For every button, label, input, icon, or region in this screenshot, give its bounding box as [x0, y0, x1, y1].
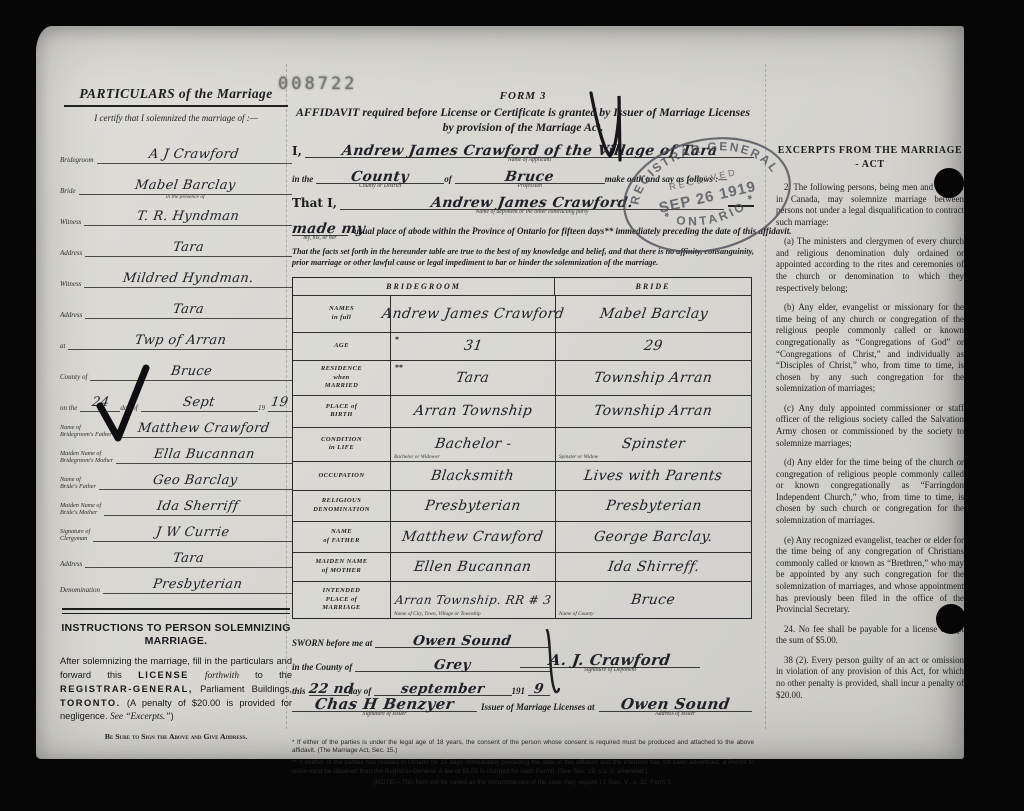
cell-value: Andrew James Crawford	[381, 306, 565, 322]
row-label: AGE	[293, 333, 391, 360]
cell-value: Bruce	[630, 592, 676, 608]
field-value: T. R. Hyndman	[136, 209, 240, 224]
field-label: Address	[60, 560, 85, 568]
particulars-title: PARTICULARS of the Marriage	[64, 86, 288, 107]
excerpt-b: (b) Any elder, evangelist or missionary …	[776, 302, 964, 395]
form-number: FORM 3	[292, 90, 754, 102]
instructions-toronto: TORONTO.	[60, 698, 121, 708]
column-header-bride: BRIDE	[555, 278, 751, 295]
cell-value: 29	[643, 338, 664, 354]
field-value-month: Sept	[182, 395, 216, 410]
deponent-signature: A. J. Crawford Signature of Deponent	[520, 651, 700, 668]
cell-value: George Barclay.	[593, 529, 714, 545]
field-label: 19	[258, 404, 268, 412]
table-row: RESIDENCE when MARRIED **Tara Township A…	[293, 361, 751, 396]
field-bride-father: Name of Bride's Father Geo Barclay	[60, 464, 292, 490]
field-label: at	[60, 342, 68, 350]
row-label: INTENDED PLACE of MARRIAGE	[293, 582, 391, 618]
instructions-see-excerpts: See “Excerpts.”	[110, 712, 170, 722]
field-witness-1: Witness T. R. Hyndman	[60, 195, 292, 226]
instructions-text: Parliament Buildings,	[193, 684, 292, 694]
issuer-address-sublabel: Address of Issuer	[599, 711, 752, 717]
instructions-note: Be Sure to Sign the Above and Give Addre…	[60, 732, 292, 741]
row-label: RESIDENCE when MARRIED	[293, 361, 391, 395]
line-prefix: That I,	[292, 196, 340, 210]
table-row: MAIDEN NAME of MOTHER Ellen Bucannan Ida…	[293, 553, 751, 582]
issuer-signature-sublabel: Signature of Issuer	[292, 711, 477, 717]
field-value: Tara	[172, 302, 205, 317]
field-label: Bridegroom	[60, 156, 97, 164]
row-label: CONDITION in LIFE	[293, 428, 391, 461]
cell-value: Township Arran	[593, 403, 713, 419]
section-divider	[62, 608, 290, 614]
field-value: Mildred Hyndman.	[122, 271, 255, 286]
cell-value: Mabel Barclay	[598, 306, 708, 322]
cell-value: Matthew Crawford	[401, 529, 544, 545]
particulars-table: BRIDEGROOM BRIDE NAMES in full Andrew Ja…	[292, 277, 752, 619]
row-label: NAMES in full	[293, 296, 391, 332]
field-label: Signature of Clergyman	[60, 528, 93, 542]
excerpts-title: EXCERPTS FROM THE MARRIAGE - ACT	[776, 144, 964, 172]
issuer-at-label: Issuer of Marriage Licenses at	[477, 702, 599, 712]
cell-value: Presbyterian	[424, 498, 522, 514]
field-value: Matthew Crawford	[137, 421, 271, 436]
sworn-section: SWORN before me at Owen Sound in the Cou…	[292, 633, 754, 725]
line-prefix: I,	[292, 144, 305, 158]
cell-value: Tara	[455, 370, 490, 386]
field-value: Presbyterian	[152, 577, 243, 592]
sworn-at-line: SWORN before me at Owen Sound	[292, 633, 550, 648]
cell-value: Bachelor -	[434, 436, 513, 452]
cell-sublabel: Name of County	[559, 611, 593, 617]
field-value: Tara	[172, 240, 205, 255]
instructions-text: )	[171, 711, 174, 721]
cell-sublabel: Bachelor or Widower	[394, 454, 440, 460]
footnote-1: * If either of the parties is under the …	[292, 739, 754, 756]
cell-value: Ida Shirreff.	[607, 559, 701, 575]
field-witness-2: Witness Mildred Hyndman.	[60, 257, 292, 288]
field-value: J W Currie	[155, 525, 231, 540]
field-label: Witness	[60, 280, 84, 288]
line-prefix: in the	[292, 174, 316, 184]
field-label: Address	[60, 311, 85, 319]
field-value: Mabel Barclay	[134, 178, 237, 193]
footnote-mark: *	[395, 335, 399, 344]
sworn-county-line: in the County of Grey	[292, 657, 550, 672]
footnote-3: (NOTE:—This form will be varied as the c…	[292, 779, 754, 788]
cell-value: Ellen Bucannan	[413, 559, 533, 575]
punch-hole	[934, 168, 964, 198]
row-label: NAME of FATHER	[293, 522, 391, 552]
cell-sublabel: Spinster or Widow	[559, 454, 598, 460]
cell-value: Spinster	[621, 436, 686, 452]
punch-hole	[936, 604, 966, 634]
cell-sublabel: Name of City, Town, Village or Township	[394, 611, 481, 617]
sworn-county-value: Grey	[433, 657, 472, 673]
field-label: Maiden Name of Bridegroom's Mother	[60, 450, 116, 464]
cell-value: Blacksmith	[430, 468, 515, 484]
field-label: Witness	[60, 218, 84, 226]
field-value: Geo Barclay	[152, 473, 239, 488]
excerpt-c: (c) Any duly appointed commissioner or s…	[776, 403, 964, 449]
certify-line: I certify that I solemnized the marriage…	[60, 113, 292, 123]
field-bride-mother: Maiden Name of Bride's Mother Ida Sherri…	[60, 490, 292, 516]
line-mid: of	[444, 174, 455, 184]
ink-vee-mark	[588, 90, 630, 170]
field-label: Name of Bride's Father	[60, 476, 99, 490]
field-label: County of	[60, 373, 90, 381]
instructions-forthwith: forthwith	[189, 671, 255, 681]
sworn-label: SWORN before me at	[292, 638, 375, 648]
field-bride: Bride Mabel Barclay in the presence of	[60, 164, 292, 195]
sworn-at-value: Owen Sound	[412, 633, 513, 649]
field-clergyman-signature: Signature of Clergyman J W Currie	[60, 516, 292, 542]
footnote-mark: **	[395, 363, 403, 372]
field-value: Twp of Arran	[134, 333, 227, 348]
instructions-body: After solemnizing the marriage, fill in …	[60, 655, 292, 724]
table-row: RELIGIOUS DENOMINATION Presbyterian Pres…	[293, 491, 751, 522]
row-label: RELIGIOUS DENOMINATION	[293, 491, 391, 521]
field-label: Address	[60, 249, 85, 257]
cell-value: 31	[463, 338, 484, 354]
cell-value: Township Arran	[593, 370, 713, 386]
field-value: Ella Bucannan	[153, 447, 256, 462]
cell-value: Lives with Parents	[583, 468, 724, 484]
instructions-title: INSTRUCTIONS TO PERSON SOLEMNIZING MARRI…	[60, 622, 292, 648]
ink-checkmark	[94, 362, 152, 444]
cell-value: Presbyterian	[605, 498, 703, 514]
excerpt-sec24: 24. No fee shall be payable for a licens…	[776, 624, 964, 647]
field-label: on the	[60, 404, 80, 412]
field-value: A J Crawford	[148, 147, 240, 162]
table-row: NAMES in full Andrew James Crawford Mabe…	[293, 296, 751, 333]
column-header-bridegroom: BRIDEGROOM	[293, 278, 555, 295]
field-label: Maiden Name of Bride's Mother	[60, 502, 104, 516]
excerpt-d: (d) Any elder for the time being of the …	[776, 457, 964, 526]
field-marriage-place: at Twp of Arran	[60, 319, 292, 350]
field-bridegroom: Bridegroom A J Crawford	[60, 133, 292, 164]
field-label: Bride	[60, 187, 79, 195]
table-row: AGE *31 29	[293, 333, 751, 361]
issuer-line: Chas H Benzyer Signature of Issuer Issue…	[292, 695, 752, 712]
excerpt-e: (e) Any recognized evangelist, teacher o…	[776, 535, 964, 616]
field-value: Bruce	[170, 364, 213, 379]
table-row: OCCUPATION Blacksmith Lives with Parents	[293, 462, 751, 491]
sworn-date-line: this 22 nd day of september 191 9	[292, 681, 550, 696]
field-address-1: Address Tara	[60, 226, 292, 257]
instructions-license: LICENSE	[138, 670, 189, 680]
field-denomination: Denomination Presbyterian	[60, 568, 292, 594]
instructions-text: to the	[255, 670, 292, 680]
footnote-2: ** If neither of the parties has resided…	[292, 759, 754, 776]
sworn-label: in the County of	[292, 662, 355, 672]
line-sublabel: Profession	[455, 183, 605, 189]
deponent-signature-sublabel: Signature of Deponent	[520, 667, 700, 673]
table-row: NAME of FATHER Matthew Crawford George B…	[293, 522, 751, 553]
cell-value: Arran Township. RR # 3	[394, 593, 552, 607]
field-address-2: Address Tara	[60, 288, 292, 319]
row-label: OCCUPATION	[293, 462, 391, 490]
instructions-registrar: REGISTRAR-GENERAL,	[60, 684, 193, 694]
excerpt-a: (a) The ministers and clergymen of every…	[776, 236, 964, 294]
row-label: PLACE of BIRTH	[293, 396, 391, 427]
table-row: PLACE of BIRTH Arran Township Township A…	[293, 396, 751, 428]
scanned-marriage-affidavit: 008722 PARTICULARS of the Marriage I cer…	[36, 26, 964, 759]
line-sublabel: my, his, or her	[292, 235, 348, 241]
field-label: Denomination	[60, 586, 103, 594]
table-row: INTENDED PLACE of MARRIAGE Arran Townshi…	[293, 582, 751, 618]
form-title: AFFIDAVIT required before License or Cer…	[292, 105, 754, 134]
table-row: CONDITION in LIFE Bachelor -Bachelor or …	[293, 428, 751, 462]
line-sublabel: County or District	[316, 183, 444, 189]
cell-value: Arran Township	[413, 403, 533, 419]
field-clergy-address: Address Tara	[60, 542, 292, 568]
field-value-year: 19	[270, 395, 289, 410]
footnotes: * If either of the parties is under the …	[292, 739, 754, 788]
field-value: Tara	[172, 551, 205, 566]
row-label: MAIDEN NAME of MOTHER	[293, 553, 391, 581]
table-header: BRIDEGROOM BRIDE	[293, 278, 751, 296]
excerpt-sec38: 38 (2). Every person guilty of an act or…	[776, 655, 964, 701]
field-value: Ida Sherriff	[156, 499, 239, 514]
